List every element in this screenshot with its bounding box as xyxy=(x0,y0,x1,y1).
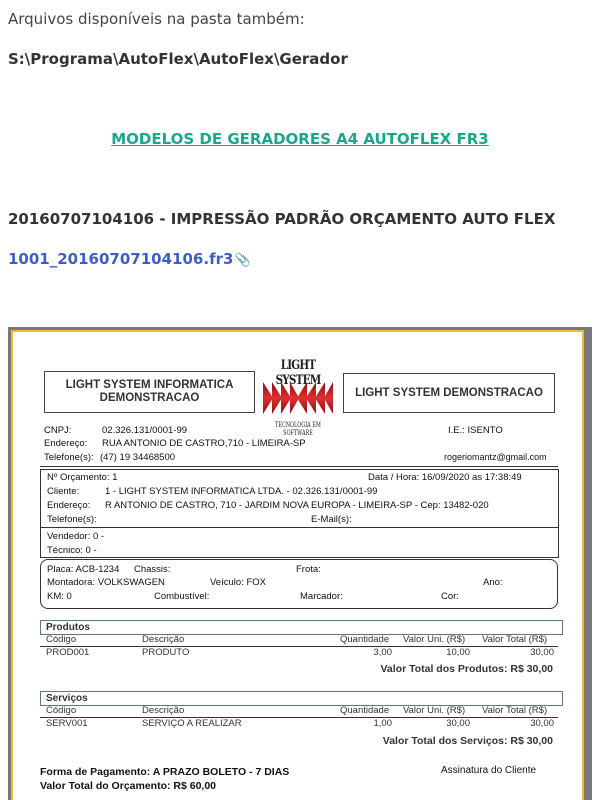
phone-value: (47) 19 34468500 xyxy=(100,452,175,463)
vehicle-color: Cor: xyxy=(441,591,459,602)
col-code: Código xyxy=(46,705,76,716)
intro-text: Arquivos disponíveis na pasta também: xyxy=(8,10,305,28)
service-description: SERVIÇO A REALIZAR xyxy=(142,718,242,729)
seller: Vendedor: 0 - xyxy=(47,531,104,542)
vehicle-fuel: Combustível: xyxy=(154,591,209,602)
client-address-label: Endereço: xyxy=(47,500,90,511)
company-name-box: LIGHT SYSTEM INFORMATICADEMONSTRACAO xyxy=(44,371,255,413)
vehicle-maker: Montadora: VOLKSWAGEN xyxy=(47,577,165,588)
services-section-title: Serviços xyxy=(40,691,563,706)
client-value: 1 - LIGHT SYSTEM INFORMATICA LTDA. - 02.… xyxy=(105,486,377,497)
col-description: Descrição xyxy=(142,705,184,716)
product-quantity: 3,00 xyxy=(374,647,393,658)
vehicle-fleet: Frota: xyxy=(296,564,321,575)
product-total-price: 30,00 xyxy=(530,647,554,658)
budget-total: Valor Total do Orçamento: R$ 60,00 xyxy=(40,780,216,792)
folder-path: S:\Programa\AutoFlex\AutoFlex\Gerador xyxy=(8,50,348,68)
budget-number: Nº Orçamento: 1 xyxy=(47,472,118,483)
col-code: Código xyxy=(46,634,76,645)
product-description: PRODUTO xyxy=(142,647,189,658)
col-total-price: Valor Total (R$) xyxy=(482,634,547,645)
products-header-row: Código Descrição Quantidade Valor Uni. (… xyxy=(40,634,558,647)
col-unit-price: Valor Uni. (R$) xyxy=(403,634,465,645)
address-label: Endereço: xyxy=(44,438,87,449)
client-email-label: E-Mail(s): xyxy=(311,514,352,525)
client-address-value: R ANTONIO DE CASTRO, 710 - JARDIM NOVA E… xyxy=(105,500,489,511)
cnpj-label: CNPJ: xyxy=(44,425,71,436)
vehicle-km: KM: 0 xyxy=(47,591,72,602)
col-unit-price: Valor Uni. (R$) xyxy=(403,705,465,716)
vehicle-year: Ano: xyxy=(483,577,503,588)
file-title: 20160707104106 - IMPRESSÃO PADRÃO ORÇAME… xyxy=(8,210,555,228)
products-total: Valor Total dos Produtos: R$ 30,00 xyxy=(380,663,553,675)
header-divider xyxy=(40,466,558,467)
col-quantity: Quantidade xyxy=(340,705,389,716)
products-section-title: Produtos xyxy=(40,620,563,635)
brand-name-box: LIGHT SYSTEM DEMONSTRACAO xyxy=(343,373,555,413)
company-name-line1: LIGHT SYSTEM INFORMATICA xyxy=(66,379,234,392)
product-unit-price: 10,00 xyxy=(446,647,470,658)
services-header-row: Código Descrição Quantidade Valor Uni. (… xyxy=(40,705,558,718)
service-code: SERV001 xyxy=(46,718,88,729)
client-signature: Assinatura do Cliente xyxy=(441,765,536,776)
col-quantity: Quantidade xyxy=(340,634,389,645)
table-row: SERV001 SERVIÇO A REALIZAR 1,00 30,00 30… xyxy=(40,718,558,730)
budget-datetime: Data / Hora: 16/09/2020 as 17:38:49 xyxy=(368,472,522,483)
client-phone-label: Telefone(s): xyxy=(47,514,97,525)
file-attachment[interactable]: 1001_20160707104106.fr3📎 xyxy=(8,250,251,268)
company-name-line2: DEMONSTRACAO xyxy=(66,392,234,405)
email-value: rogeriomantz@gmail.com xyxy=(444,452,547,462)
logo-subtitle: TECNOLOGIA EM SOFTWARE xyxy=(271,421,324,437)
payment-method: Forma de Pagamento: A PRAZO BOLETO - 7 D… xyxy=(40,766,289,778)
vehicle-plate: Placa: ACB-1234 xyxy=(47,564,119,575)
services-total: Valor Total dos Serviços: R$ 30,00 xyxy=(383,735,553,747)
cnpj-value: 02.326.131/0001-99 xyxy=(102,425,187,436)
technician: Técnico: 0 - xyxy=(47,545,97,556)
service-unit-price: 30,00 xyxy=(446,718,470,729)
paperclip-icon: 📎 xyxy=(234,253,250,268)
client-label: Cliente: xyxy=(47,486,79,497)
models-link[interactable]: MODELOS DE GERADORES A4 AUTOFLEX FR3 xyxy=(0,130,600,148)
budget-divider xyxy=(40,527,558,528)
service-quantity: 1,00 xyxy=(374,718,393,729)
company-logo: LIGHT SYSTEM TECNOLOGIA EM SOFTWARE xyxy=(260,358,336,434)
ie-value: I.E.: ISENTO xyxy=(448,425,503,436)
file-link[interactable]: 1001_20160707104106.fr3 xyxy=(8,250,233,268)
logo-arrows-icon xyxy=(263,380,333,416)
address-value: RUA ANTONIO DE CASTRO,710 - LIMEIRA-SP xyxy=(102,438,306,449)
phone-label: Telefone(s): xyxy=(44,452,94,463)
col-description: Descrição xyxy=(142,634,184,645)
service-total-price: 30,00 xyxy=(530,718,554,729)
table-row: PROD001 PRODUTO 3,00 10,00 30,00 xyxy=(40,647,558,659)
col-total-price: Valor Total (R$) xyxy=(482,705,547,716)
vehicle-chassis: Chassis: xyxy=(134,564,170,575)
vehicle-model: Veículo: FOX xyxy=(210,577,266,588)
product-code: PROD001 xyxy=(46,647,89,658)
vehicle-marker: Marcador: xyxy=(300,591,343,602)
